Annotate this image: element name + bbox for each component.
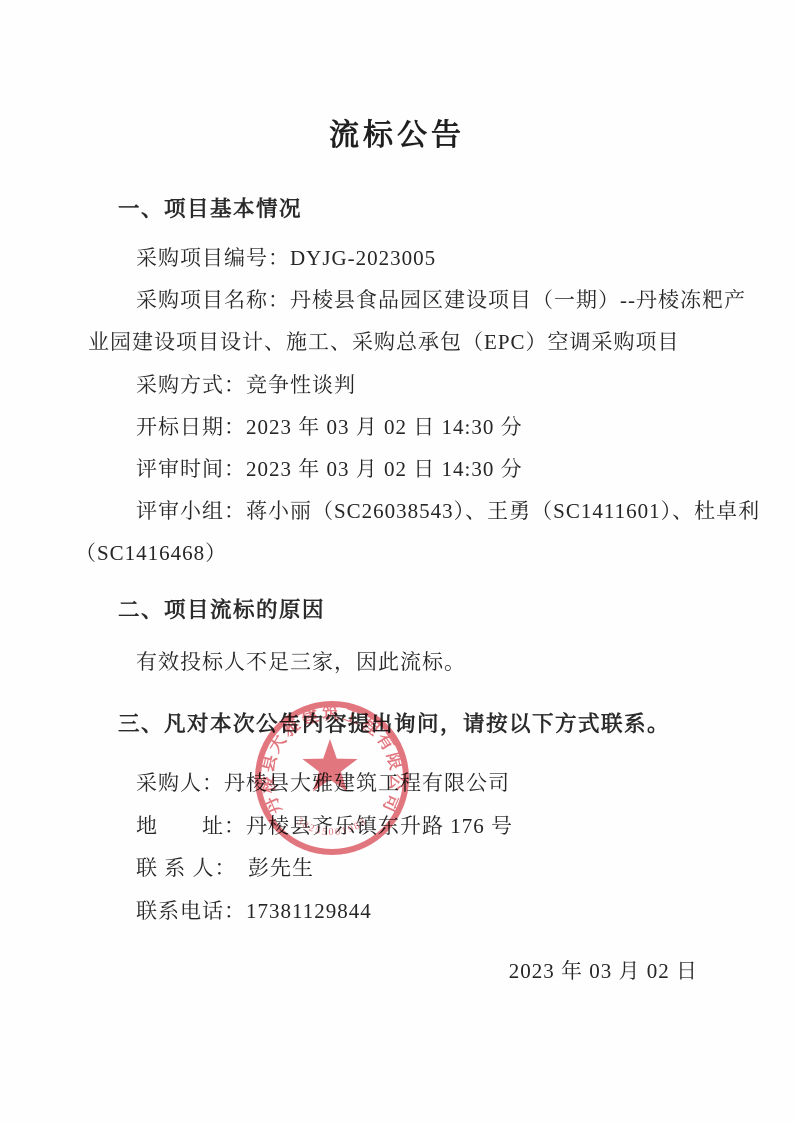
section-heading-3: 三、凡对本次公告内容提出询问，请按以下方式联系。 — [118, 707, 670, 738]
contact-line: 地 址：丹棱县齐乐镇东升路 176 号 — [88, 805, 768, 848]
date-line: 2023 年 03 月 02 日 — [509, 950, 698, 992]
body-line: 采购项目名称：丹棱县食品园区建设项目（一期）--丹棱冻粑产 — [88, 279, 768, 321]
section3-body: 采购人：丹棱县大雅建筑工程有限公司 地 址：丹棱县齐乐镇东升路 176 号 联 … — [88, 762, 768, 932]
contact-line: 采购人：丹棱县大雅建筑工程有限公司 — [88, 762, 768, 805]
body-line: 有效投标人不足三家，因此流标。 — [88, 641, 768, 683]
contact-line: 联系电话：17381129844 — [88, 890, 768, 933]
section-heading-1: 一、项目基本情况 — [118, 192, 302, 223]
body-line: 评审时间：2023 年 03 月 02 日 14:30 分 — [88, 448, 768, 490]
contact-line: 联 系 人： 彭先生 — [88, 847, 768, 890]
document-title: 流标公告 — [0, 110, 794, 154]
section1-body: 采购项目编号：DYJG-2023005 采购项目名称：丹棱县食品园区建设项目（一… — [88, 237, 768, 575]
body-line: （SC1416468） — [75, 532, 768, 574]
body-line: 采购方式：竞争性谈判 — [88, 364, 768, 406]
body-line: 开标日期：2023 年 03 月 02 日 14:30 分 — [88, 406, 768, 448]
body-line: 采购项目编号：DYJG-2023005 — [88, 237, 768, 279]
section2-body: 有效投标人不足三家，因此流标。 — [88, 641, 768, 683]
section-heading-2: 二、项目流标的原因 — [118, 593, 325, 624]
document-page: 流标公告 一、项目基本情况 采购项目编号：DYJG-2023005 采购项目名称… — [0, 0, 794, 1122]
body-line: 业园建设项目设计、施工、采购总承包（EPC）空调采购项目 — [88, 321, 768, 363]
body-line: 评审小组：蒋小丽（SC26038543）、王勇（SC1411601）、杜卓利 — [88, 490, 768, 532]
